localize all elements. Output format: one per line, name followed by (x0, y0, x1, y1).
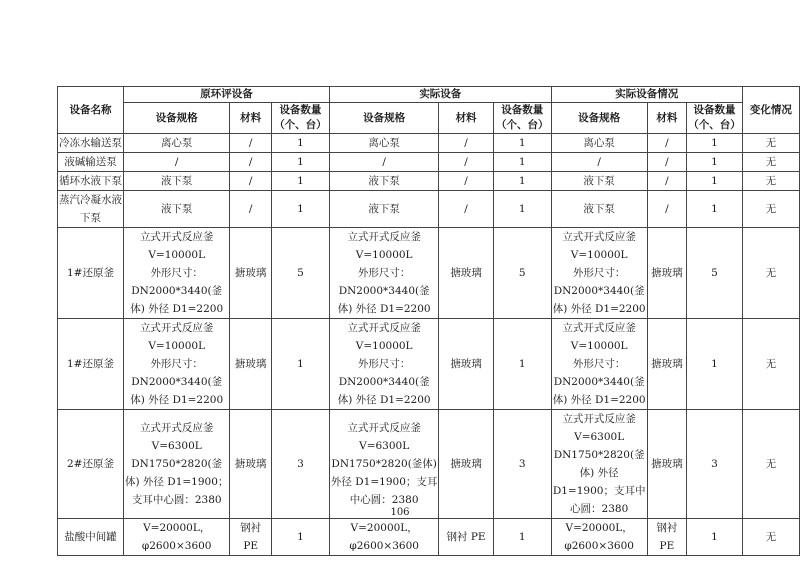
cell-line: V=10000L (331, 337, 437, 355)
quantity-cell: 3 (493, 410, 551, 519)
equipment-name-cell: 冷冻水输送泵 (58, 134, 124, 153)
subheader-quantity: 设备数量（个、台） (493, 103, 551, 134)
quantity-cell: 1 (493, 153, 551, 172)
cell-line: 体) 外径 D1=2200 (331, 300, 437, 318)
material-cell: / (439, 191, 493, 228)
cell-line: 体) 外径 D1=2200 (331, 391, 437, 409)
equipment-name-cell: 1#还原釜 (58, 319, 124, 410)
table-row: 蒸汽冷凝水液下泵液下泵/1液下泵/1液下泵/1无 (58, 191, 800, 228)
spec-cell: 立式开式反应釜V=10000L外形尺寸：DN2000*3440(釜体) 外径 D… (329, 319, 438, 410)
quantity-cell: 1 (271, 153, 329, 172)
spec-cell: 立式开式反应釜V=10000L外形尺寸：DN2000*3440(釜体) 外径 D… (124, 228, 230, 319)
material-cell: / (230, 172, 272, 191)
spec-cell: 立式开式反应釜V=6300LDN1750*2820(釜体) 外径 D1=1900… (124, 410, 230, 519)
spec-cell: / (329, 153, 438, 172)
cell-line: 循环水液下泵 (59, 172, 122, 190)
cell-line: V=6300L (331, 437, 437, 455)
cell-line: DN2000*3440(釜 (125, 282, 228, 300)
cell-line: DN2000*3440(釜 (553, 373, 646, 391)
cell-line: 立式开式反应釜 (125, 319, 228, 337)
table-row: 冷冻水输送泵离心泵/1离心泵/1离心泵/1无 (58, 134, 800, 153)
quantity-cell: 1 (687, 519, 743, 556)
quantity-cell: 1 (271, 172, 329, 191)
quantity-label: 设备数量 (495, 103, 550, 118)
page-number: 106 (0, 507, 800, 518)
spec-cell: 液下泵 (329, 191, 438, 228)
material-cell: 搪玻璃 (647, 319, 687, 410)
quantity-cell: 1 (271, 519, 329, 556)
cell-line: V=6300L (125, 437, 228, 455)
cell-line: V=10000L (553, 337, 646, 355)
cell-line: D1=1900；支耳中 (553, 482, 646, 500)
spec-cell: 立式开式反应釜V=6300LDN1750*2820(釜体) 外径D1=1900；… (551, 410, 647, 519)
cell-line: 液碱输送泵 (59, 153, 122, 171)
spec-cell: 液下泵 (551, 191, 647, 228)
change-cell: 无 (742, 519, 799, 556)
cell-line: 立式开式反应釜 (553, 410, 646, 428)
change-cell: 无 (742, 228, 799, 319)
spec-cell: / (551, 153, 647, 172)
quantity-unit: （个、台） (273, 118, 328, 133)
cell-line: 外形尺寸： (553, 264, 646, 282)
cell-line: 体) 外径 D1=2200 (553, 391, 646, 409)
equipment-name-cell: 循环水液下泵 (58, 172, 124, 191)
cell-line: 体) 外径 D1=2200 (125, 391, 228, 409)
cell-line: DN1750*2820(釜 (553, 446, 646, 464)
material-cell: 搪玻璃 (647, 228, 687, 319)
spec-cell: 液下泵 (124, 191, 230, 228)
quantity-cell: 3 (687, 410, 743, 519)
subheader-spec: 设备规格 (551, 103, 647, 134)
cell-line: 体) 外径 D1=2200 (553, 300, 646, 318)
spec-cell: 离心泵 (124, 134, 230, 153)
equipment-name-cell: 2#还原釜 (58, 410, 124, 519)
quantity-cell: 1 (493, 319, 551, 410)
material-cell: 钢衬 PE (230, 519, 272, 556)
cell-line: 外形尺寸： (553, 355, 646, 373)
material-cell: / (230, 191, 272, 228)
table-row: 盐酸中间罐V=20000L，φ2600×3600钢衬 PE1V=20000L，φ… (58, 519, 800, 556)
header-change: 变化情况 (742, 87, 799, 134)
quantity-cell: 1 (271, 319, 329, 410)
quantity-cell: 1 (687, 191, 743, 228)
quantity-label: 设备数量 (273, 103, 328, 118)
cell-line: φ2600×3600 (331, 537, 437, 555)
cell-line: 液下泵 (553, 172, 646, 190)
cell-line: 立式开式反应釜 (125, 228, 228, 246)
header-actual-equipment-status: 实际设备情况 (551, 87, 742, 103)
cell-line: 体) 外径 D1=1900； (125, 473, 228, 491)
cell-line: DN1750*2820(釜 (125, 455, 228, 473)
table-row: 1#还原釜立式开式反应釜V=10000L外形尺寸：DN2000*3440(釜体)… (58, 319, 800, 410)
cell-line: 盐酸中间罐 (59, 528, 122, 546)
quantity-cell: 1 (493, 191, 551, 228)
cell-line: 蒸汽冷凝水液 (59, 191, 122, 209)
cell-line: 离心泵 (125, 134, 228, 152)
cell-line: 外形尺寸： (125, 264, 228, 282)
cell-line: 外径 D1=1900；支耳 (331, 473, 437, 491)
cell-line: 立式开式反应釜 (331, 319, 437, 337)
cell-line: 1#还原釜 (59, 264, 122, 282)
spec-cell: 立式开式反应釜V=6300LDN1750*2820(釜体)外径 D1=1900；… (329, 410, 438, 519)
material-cell: 搪玻璃 (230, 410, 272, 519)
change-cell: 无 (742, 153, 799, 172)
cell-line: V=20000L， (553, 519, 646, 537)
cell-line: V=20000L， (125, 519, 228, 537)
cell-line: 外形尺寸： (125, 355, 228, 373)
quantity-cell: 1 (493, 519, 551, 556)
cell-line: 立式开式反应釜 (125, 419, 228, 437)
cell-line: V=10000L (331, 246, 437, 264)
equipment-comparison-table: 设备名称 原环评设备 实际设备 实际设备情况 变化情况 设备规格材料设备数量（个… (57, 86, 800, 556)
quantity-unit: （个、台） (688, 118, 741, 133)
cell-line: 立式开式反应釜 (553, 228, 646, 246)
cell-line: / (125, 153, 228, 171)
cell-line: V=10000L (553, 246, 646, 264)
quantity-cell: 5 (271, 228, 329, 319)
cell-line: DN2000*3440(釜 (553, 282, 646, 300)
quantity-label: 设备数量 (688, 103, 741, 118)
quantity-cell: 1 (687, 153, 743, 172)
material-cell: / (647, 172, 687, 191)
cell-line: 冷冻水输送泵 (59, 134, 122, 152)
cell-line: 离心泵 (331, 134, 437, 152)
cell-line: V=10000L (125, 337, 228, 355)
material-cell: / (647, 191, 687, 228)
header-actual-equipment: 实际设备 (329, 87, 551, 103)
cell-line: 液下泵 (125, 200, 228, 218)
table-row: 1#还原釜立式开式反应釜V=10000L外形尺寸：DN2000*3440(釜体)… (58, 228, 800, 319)
quantity-cell: 1 (687, 172, 743, 191)
equipment-name-cell: 盐酸中间罐 (58, 519, 124, 556)
cell-line: 立式开式反应釜 (331, 228, 437, 246)
material-cell: / (439, 172, 493, 191)
cell-line: 1#还原釜 (59, 355, 122, 373)
spec-cell: 立式开式反应釜V=10000L外形尺寸：DN2000*3440(釜体) 外径 D… (551, 319, 647, 410)
subheader-quantity: 设备数量（个、台） (271, 103, 329, 134)
cell-line: 2#还原釜 (59, 455, 122, 473)
subheader-material: 材料 (230, 103, 272, 134)
subheader-material: 材料 (647, 103, 687, 134)
subheader-quantity: 设备数量（个、台） (687, 103, 743, 134)
material-cell: / (439, 153, 493, 172)
cell-line: V=10000L (125, 246, 228, 264)
quantity-cell: 5 (687, 228, 743, 319)
cell-line: 液下泵 (331, 172, 437, 190)
material-cell: 搪玻璃 (439, 228, 493, 319)
table-row: 2#还原釜立式开式反应釜V=6300LDN1750*2820(釜体) 外径 D1… (58, 410, 800, 519)
cell-line: DN1750*2820(釜体) (331, 455, 437, 473)
material-cell: / (647, 153, 687, 172)
cell-line: 外形尺寸： (331, 264, 437, 282)
material-cell: 钢衬 PE (647, 519, 687, 556)
change-cell: 无 (742, 410, 799, 519)
change-cell: 无 (742, 191, 799, 228)
cell-line: 下泵 (59, 209, 122, 227)
quantity-cell: 1 (493, 172, 551, 191)
material-cell: / (647, 134, 687, 153)
cell-line: DN2000*3440(釜 (125, 373, 228, 391)
subheader-spec: 设备规格 (329, 103, 438, 134)
cell-line: 液下泵 (125, 172, 228, 190)
quantity-cell: 1 (687, 319, 743, 410)
cell-line: 立式开式反应釜 (553, 319, 646, 337)
material-cell: / (439, 134, 493, 153)
material-cell: / (230, 134, 272, 153)
subheader-material: 材料 (439, 103, 493, 134)
cell-line: DN2000*3440(釜 (331, 282, 437, 300)
spec-cell: V=20000L，φ2600×3600 (124, 519, 230, 556)
equipment-name-cell: 液碱输送泵 (58, 153, 124, 172)
quantity-cell: 3 (271, 410, 329, 519)
cell-line: / (331, 153, 437, 171)
quantity-cell: 5 (493, 228, 551, 319)
cell-line: φ2600×3600 (125, 537, 228, 555)
spec-cell: V=20000L，φ2600×3600 (329, 519, 438, 556)
spec-cell: 立式开式反应釜V=10000L外形尺寸：DN2000*3440(釜体) 外径 D… (329, 228, 438, 319)
material-cell: 搪玻璃 (230, 319, 272, 410)
material-cell: 搪玻璃 (230, 228, 272, 319)
cell-line: 立式开式反应釜 (331, 419, 437, 437)
header-equipment-name: 设备名称 (58, 87, 124, 134)
cell-line: 体) 外径 D1=2200 (125, 300, 228, 318)
cell-line: 液下泵 (553, 200, 646, 218)
equipment-name-cell: 蒸汽冷凝水液下泵 (58, 191, 124, 228)
equipment-name-cell: 1#还原釜 (58, 228, 124, 319)
spec-cell: V=20000L，φ2600×3600 (551, 519, 647, 556)
spec-cell: / (124, 153, 230, 172)
cell-line: 离心泵 (553, 134, 646, 152)
cell-line: V=20000L， (331, 519, 437, 537)
subheader-spec: 设备规格 (124, 103, 230, 134)
material-cell: 搪玻璃 (647, 410, 687, 519)
cell-line: φ2600×3600 (553, 537, 646, 555)
spec-cell: 离心泵 (329, 134, 438, 153)
table-row: 循环水液下泵液下泵/1液下泵/1液下泵/1无 (58, 172, 800, 191)
cell-line: 液下泵 (331, 200, 437, 218)
quantity-cell: 1 (687, 134, 743, 153)
material-cell: 钢衬 PE (439, 519, 493, 556)
change-cell: 无 (742, 172, 799, 191)
cell-line: 外形尺寸： (331, 355, 437, 373)
header-original-eia-equipment: 原环评设备 (124, 87, 330, 103)
cell-line: DN2000*3440(釜 (331, 373, 437, 391)
quantity-cell: 1 (493, 134, 551, 153)
material-cell: 搪玻璃 (439, 410, 493, 519)
cell-line: / (553, 153, 646, 171)
change-cell: 无 (742, 134, 799, 153)
quantity-unit: （个、台） (495, 118, 550, 133)
material-cell: / (230, 153, 272, 172)
spec-cell: 液下泵 (551, 172, 647, 191)
quantity-cell: 1 (271, 191, 329, 228)
spec-cell: 液下泵 (329, 172, 438, 191)
spec-cell: 离心泵 (551, 134, 647, 153)
cell-line: V=6300L (553, 428, 646, 446)
cell-line: 体) 外径 (553, 464, 646, 482)
material-cell: 搪玻璃 (439, 319, 493, 410)
spec-cell: 立式开式反应釜V=10000L外形尺寸：DN2000*3440(釜体) 外径 D… (551, 228, 647, 319)
table-row: 液碱输送泵//1//1//1无 (58, 153, 800, 172)
spec-cell: 立式开式反应釜V=10000L外形尺寸：DN2000*3440(釜体) 外径 D… (124, 319, 230, 410)
spec-cell: 液下泵 (124, 172, 230, 191)
quantity-cell: 1 (271, 134, 329, 153)
change-cell: 无 (742, 319, 799, 410)
